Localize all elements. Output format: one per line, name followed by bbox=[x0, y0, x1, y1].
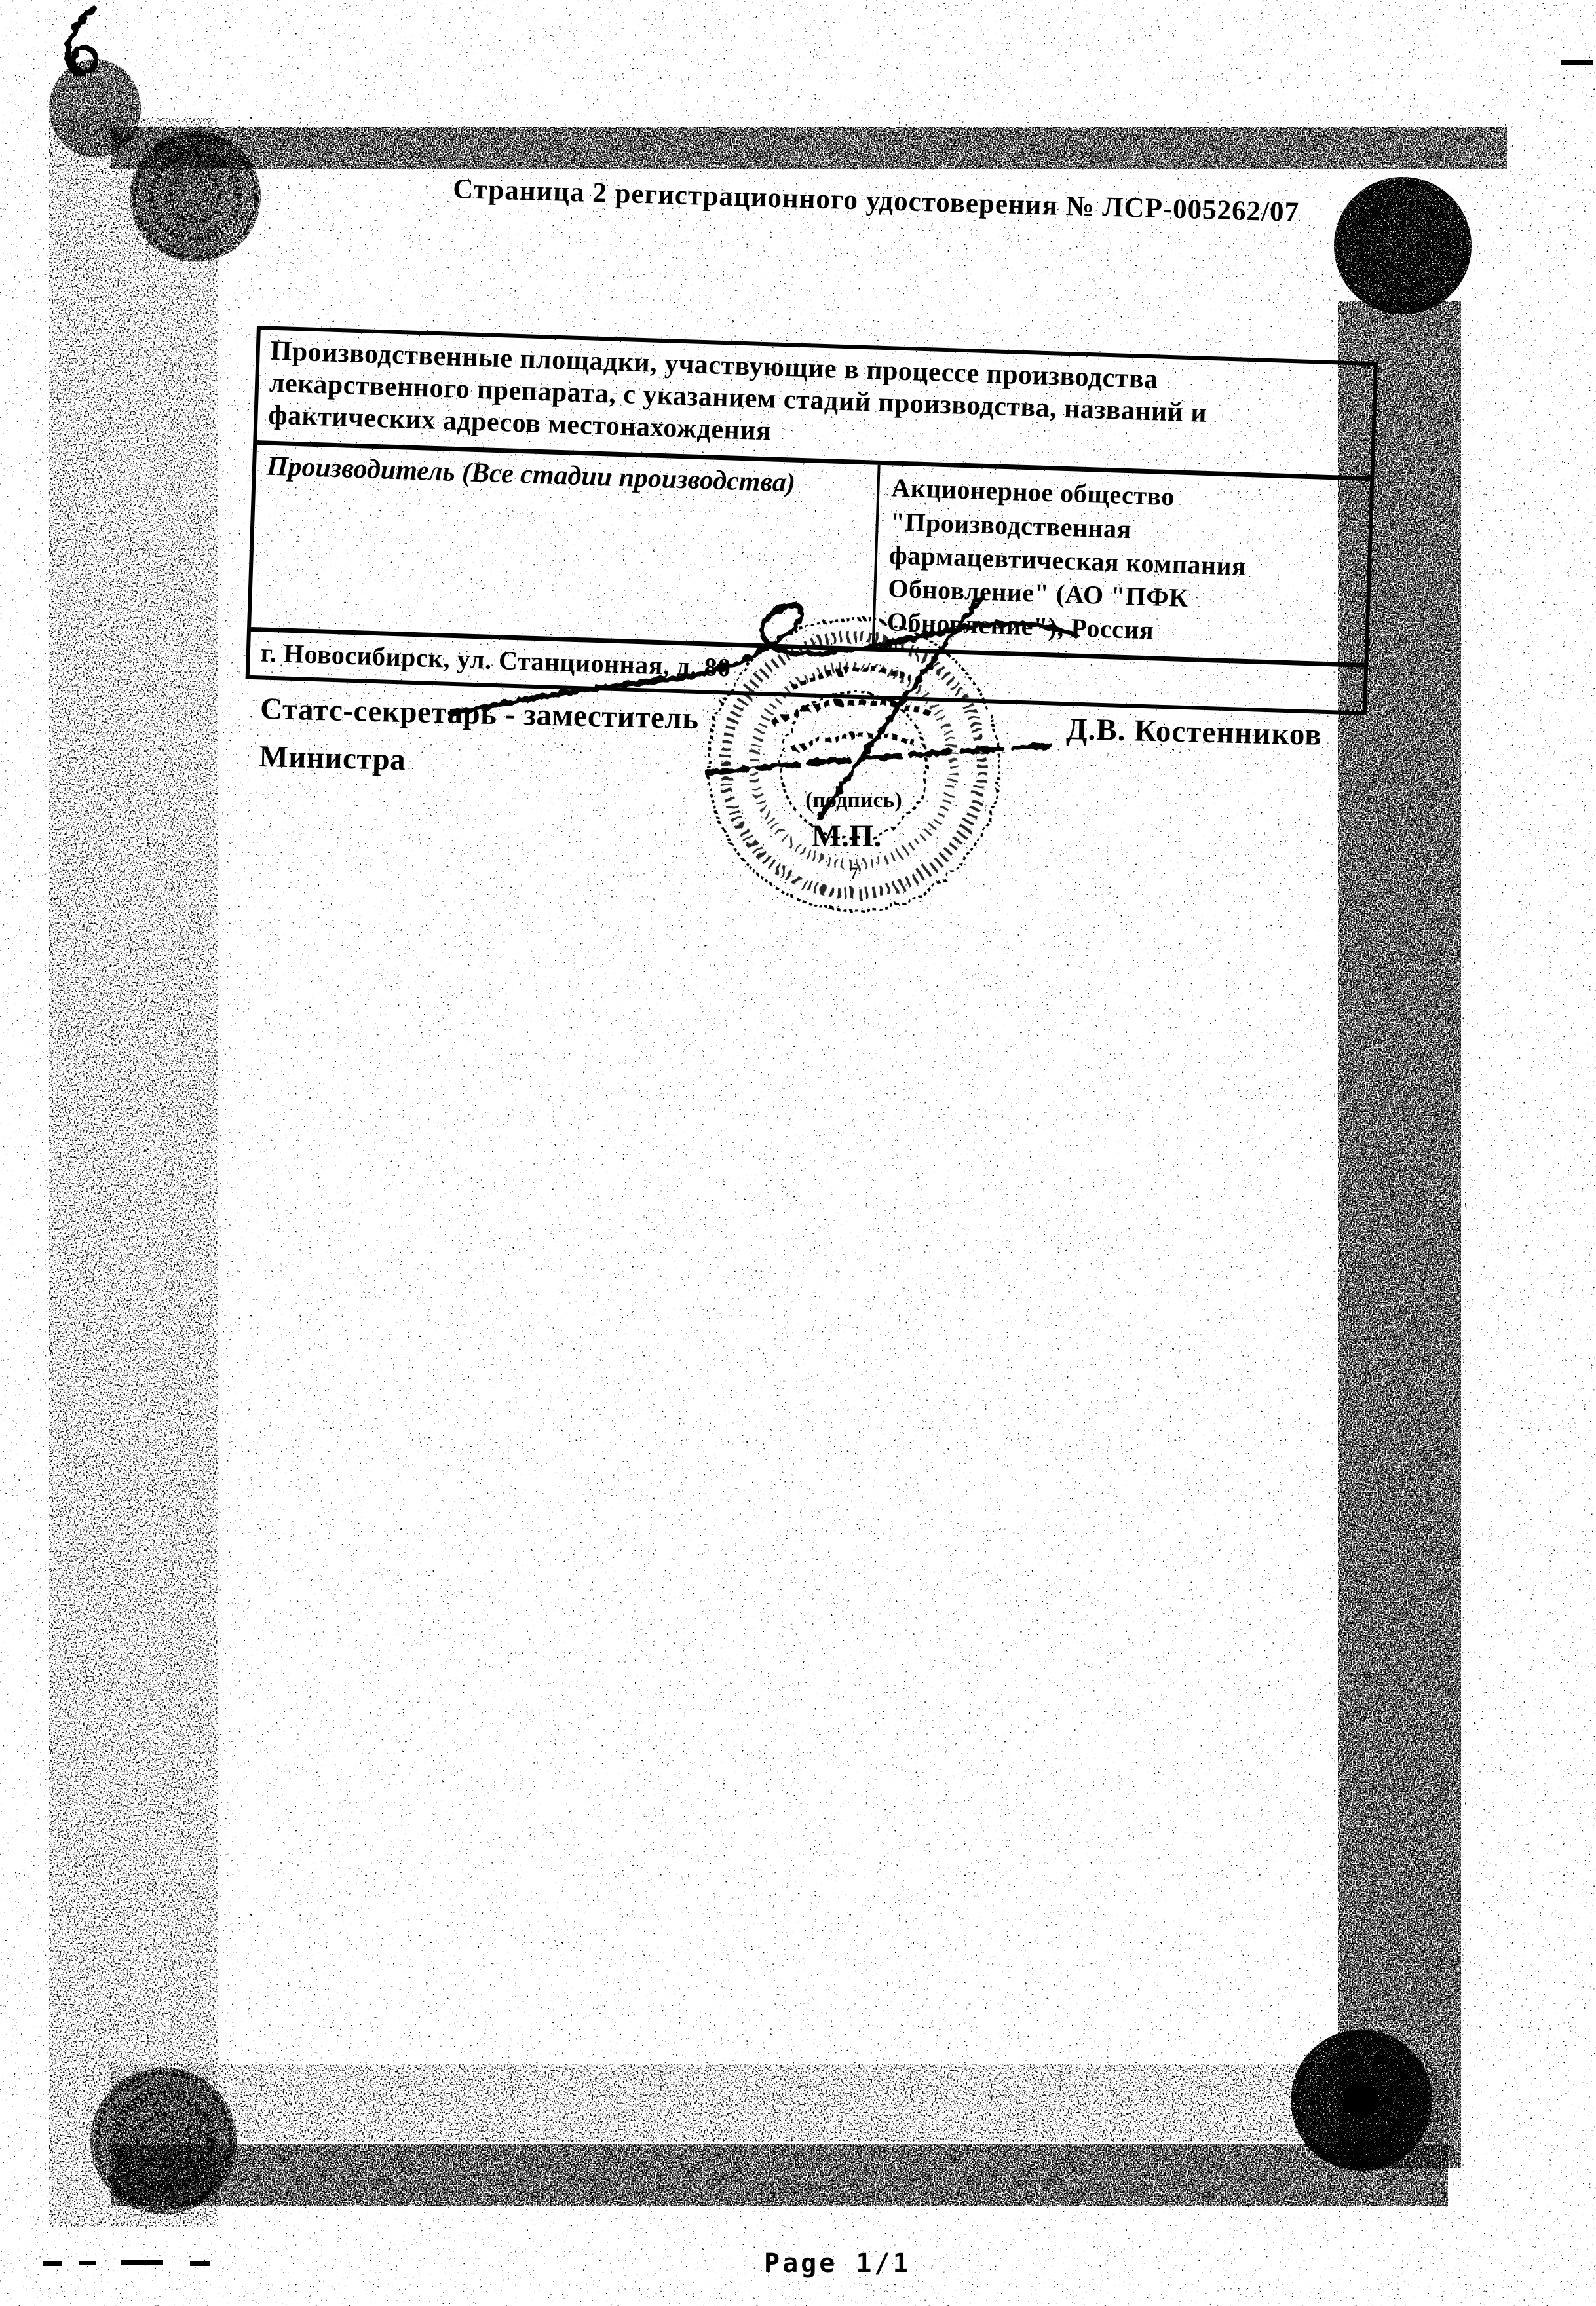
signer-position: Статс-секретарь - заместитель Министра bbox=[259, 685, 700, 791]
border-band-bottom bbox=[111, 2144, 1448, 2206]
footer-dash-2 bbox=[79, 2261, 96, 2265]
border-band-bottom-sparse bbox=[111, 2064, 1448, 2142]
top-right-dash bbox=[1561, 60, 1593, 65]
scanned-certificate-page: Страница 2 регистрационного удостоверени… bbox=[0, 0, 1596, 2306]
signer-position-line2: Министра bbox=[259, 733, 698, 791]
footer-dash-1 bbox=[43, 2261, 62, 2266]
bottom-right-ink-dot bbox=[1344, 2083, 1379, 2118]
border-band-top bbox=[111, 127, 1507, 169]
signer-name: Д.В. Костенников bbox=[1066, 711, 1323, 753]
rosette-top-right bbox=[1329, 172, 1477, 320]
handwritten-number-6 bbox=[56, 5, 109, 87]
footer-dash-4 bbox=[190, 2261, 210, 2266]
border-band-left bbox=[49, 118, 218, 2227]
rosette-top-left bbox=[124, 126, 266, 267]
footer-dash-3 bbox=[121, 2260, 163, 2265]
rosette-bottom-left bbox=[85, 2062, 242, 2220]
rosette-bottom-right bbox=[1285, 2024, 1437, 2176]
footer-page-label: Page 1/1 bbox=[764, 2248, 911, 2278]
